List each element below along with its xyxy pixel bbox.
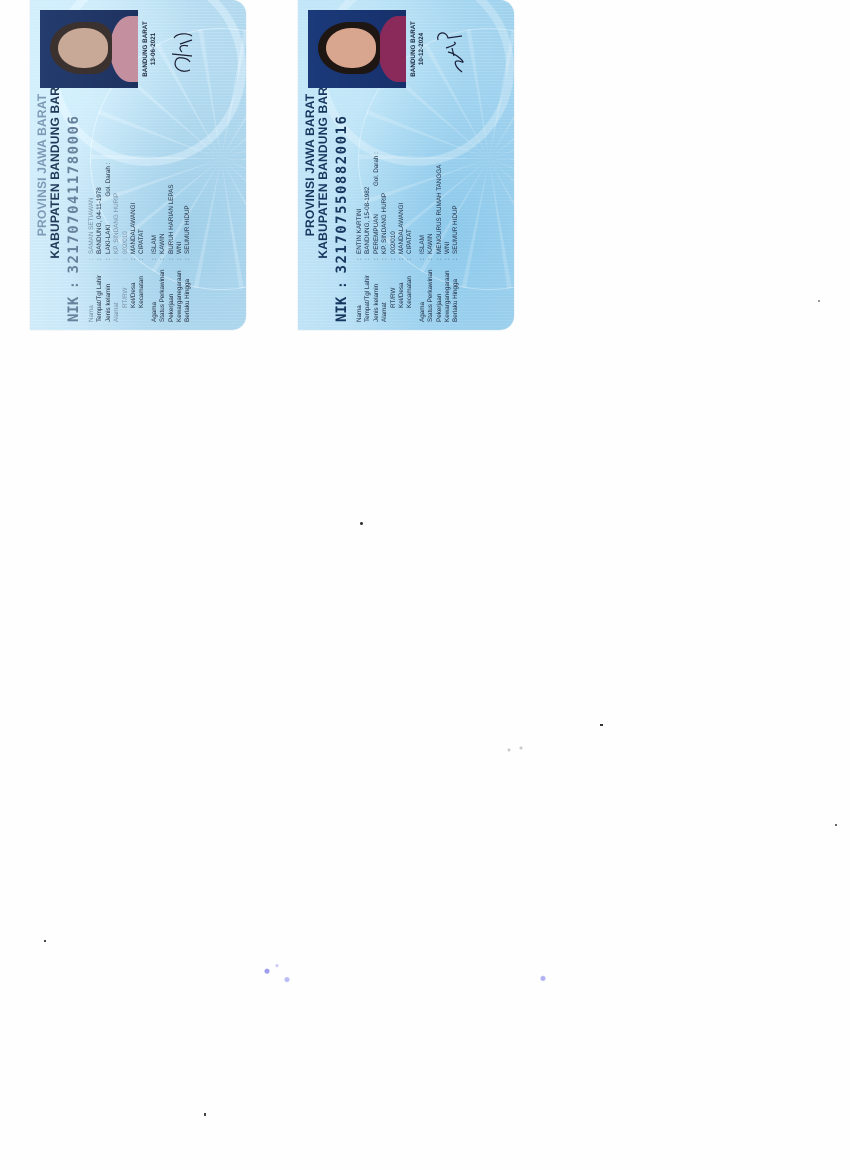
nik-label: NIK: [66, 297, 82, 322]
scan-speck: [44, 940, 46, 942]
field-row: Jenis kelamin:PEREMPUANGol. Darah :: [373, 152, 381, 322]
field-value: BANDUNG, 15-08-1982: [364, 187, 372, 254]
ktp-card-face: PROVINSI JAWA BARAT KABUPATEN BANDUNG BA…: [30, 0, 246, 330]
field-separator: :: [444, 254, 452, 260]
field-value: SEUMUR HIDUP: [184, 205, 192, 254]
field-separator: :: [130, 254, 138, 260]
field-label: Pekerjaan: [436, 260, 444, 322]
field-value: MANDALAWANGI: [398, 203, 406, 254]
signature-icon: [432, 20, 468, 78]
field-separator: :: [381, 254, 389, 260]
field-value: ISLAM: [151, 235, 159, 254]
field-separator: :: [138, 254, 146, 260]
signature-icon: [164, 20, 200, 78]
field-row: Berlaku Hingga:SEUMUR HIDUP: [452, 152, 460, 322]
field-separator: :: [427, 254, 435, 260]
field-separator: :: [419, 254, 427, 260]
scan-speck: [818, 300, 820, 302]
scan-speck: [835, 824, 837, 826]
field-label: Agama: [151, 260, 159, 322]
field-separator: :: [390, 254, 398, 260]
field-row: Kecamatan:CIPATAT: [138, 163, 146, 322]
photo-face: [58, 28, 108, 68]
field-value: KP. SINDANG HURIP: [381, 193, 389, 254]
field-value: 002/010: [390, 231, 398, 254]
field-row: Nama:ENTIN KARTINI: [356, 152, 364, 322]
field-value: WNI: [176, 242, 184, 254]
nik-value: 3217075508820016: [334, 115, 350, 274]
field-value: KAWIN: [427, 234, 435, 254]
field-value: WNI: [444, 242, 452, 254]
field-label: RT/RW: [390, 260, 398, 322]
field-separator: :: [452, 254, 460, 260]
field-label: Nama: [356, 260, 364, 322]
field-label: Nama: [88, 260, 96, 322]
field-label: Kel/Desa: [398, 260, 406, 322]
field-label: Agama: [419, 260, 427, 322]
field-label: Alamat: [381, 260, 389, 322]
field-row: Kewarganegaraan:WNI: [176, 163, 184, 322]
field-separator: :: [398, 254, 406, 260]
field-value: ENTIN KARTINI: [356, 209, 364, 254]
field-label: Kecamatan: [406, 260, 414, 322]
field-separator: :: [176, 254, 184, 260]
nik-colon: :: [335, 281, 349, 288]
field-row: Status Perkawinan:KAWIN: [159, 163, 167, 322]
field-label: Jenis kelamin: [373, 260, 381, 322]
field-separator: :: [373, 254, 381, 260]
nik-row: NIK : 3217075508820016: [334, 115, 350, 322]
field-label: Tempat/Tgl Lahir: [364, 260, 372, 322]
field-row: Alamat:KP. SINDANG HURIP: [113, 163, 121, 322]
field-separator: :: [364, 254, 372, 260]
holder-photo: [308, 10, 406, 88]
field-label: Pekerjaan: [168, 260, 176, 322]
issue-block: BANDUNG BARAT 10-12-2024: [410, 10, 426, 88]
field-row: Tempat/Tgl Lahir:BANDUNG, 04-11-1978: [96, 163, 104, 322]
scan-speck-cluster: [535, 972, 551, 988]
photo-shoulders: [110, 16, 138, 82]
field-value: BANDUNG, 04-11-1978: [96, 187, 104, 254]
nik-row: NIK : 3217070411780006: [66, 115, 82, 322]
field-separator: :: [436, 254, 444, 260]
field-separator: :: [406, 254, 414, 260]
scan-speck: [360, 522, 363, 525]
scan-speck: [600, 724, 603, 726]
field-separator: :: [113, 254, 121, 260]
field-row: Agama:ISLAM: [151, 163, 159, 322]
field-row: Tempat/Tgl Lahir:BANDUNG, 15-08-1982: [364, 152, 372, 322]
nik-label: NIK: [334, 297, 350, 322]
field-value: MENGURUS RUMAH TANGGA: [436, 165, 444, 254]
field-separator: :: [96, 254, 104, 260]
field-label: Berlaku Hingga: [452, 260, 460, 322]
field-row: Kecamatan:CIPATAT: [406, 152, 414, 322]
issue-place: BANDUNG BARAT: [142, 10, 150, 88]
photo-face: [326, 28, 376, 68]
issue-date: 13-06-2021: [150, 10, 158, 88]
field-separator: :: [356, 254, 364, 260]
field-value: SEUMUR HIDUP: [452, 205, 460, 254]
nik-value: 3217070411780006: [66, 115, 82, 274]
field-label: Tempat/Tgl Lahir: [96, 260, 104, 322]
scan-speck-cluster: [500, 740, 530, 760]
field-list: Nama:SAMAN SETIAWANTempat/Tgl Lahir:BAND…: [88, 163, 193, 322]
field-value: PEREMPUAN: [373, 214, 381, 254]
field-separator: :: [105, 254, 113, 260]
field-label: Kewarganegaraan: [176, 260, 184, 322]
field-separator: :: [122, 254, 130, 260]
field-row: Alamat:KP. SINDANG HURIP: [381, 152, 389, 322]
field-separator: :: [159, 254, 167, 260]
field-label: Berlaku Hingga: [184, 260, 192, 322]
field-row: Kewarganegaraan:WNI: [444, 152, 452, 322]
ktp-card-2: PROVINSI JAWA BARAT KABUPATEN BANDUNG BA…: [298, 0, 514, 330]
issue-place: BANDUNG BARAT: [410, 10, 418, 88]
field-row: Kel/Desa:MANDALAWANGI: [130, 163, 138, 322]
field-value: ISLAM: [419, 235, 427, 254]
field-value: SAMAN SETIAWAN: [88, 197, 96, 254]
field-row: Jenis kelamin:LAKI-LAKIGol. Darah :: [105, 163, 113, 322]
scan-speck-cluster: [252, 960, 302, 988]
field-value: CIPATAT: [138, 229, 146, 254]
field-label: Kecamatan: [138, 260, 146, 322]
field-row: Berlaku Hingga:SEUMUR HIDUP: [184, 163, 192, 322]
field-value: 002/010: [122, 231, 130, 254]
field-value: BURUH HARIAN LEPAS: [168, 184, 176, 254]
field-value: LAKI-LAKI: [105, 225, 113, 254]
field-label: Status Perkawinan: [159, 260, 167, 322]
field-separator: :: [168, 254, 176, 260]
field-row: Status Perkawinan:KAWIN: [427, 152, 435, 322]
field-separator: :: [184, 254, 192, 260]
field-row: Agama:ISLAM: [419, 152, 427, 322]
field-list: Nama:ENTIN KARTINITempat/Tgl Lahir:BANDU…: [356, 152, 461, 322]
field-separator: :: [88, 254, 96, 260]
issue-block: BANDUNG BARAT 13-06-2021: [142, 10, 158, 88]
field-label: Jenis kelamin: [105, 260, 113, 322]
field-separator: :: [151, 254, 159, 260]
ktp-card-1: PROVINSI JAWA BARAT KABUPATEN BANDUNG BA…: [30, 0, 246, 330]
ktp-card-face: PROVINSI JAWA BARAT KABUPATEN BANDUNG BA…: [298, 0, 514, 330]
field-row: RT/RW:002/010: [122, 163, 130, 322]
field-label: Alamat: [113, 260, 121, 322]
holder-photo: [40, 10, 138, 88]
field-label: Status Perkawinan: [427, 260, 435, 322]
field-value: CIPATAT: [406, 229, 414, 254]
blood-type-label: Gol. Darah :: [105, 163, 113, 197]
blood-type-label: Gol. Darah :: [373, 152, 381, 186]
photo-shoulders: [378, 16, 406, 82]
field-value: KAWIN: [159, 234, 167, 254]
scan-speck: [204, 1113, 206, 1116]
field-row: Nama:SAMAN SETIAWAN: [88, 163, 96, 322]
field-label: Kel/Desa: [130, 260, 138, 322]
issue-date: 10-12-2024: [418, 10, 426, 88]
field-row: Pekerjaan:MENGURUS RUMAH TANGGA: [436, 152, 444, 322]
field-row: Kel/Desa:MANDALAWANGI: [398, 152, 406, 322]
nik-colon: :: [67, 281, 81, 288]
field-value: KP. SINDANG HURIP: [113, 193, 121, 254]
field-value: MANDALAWANGI: [130, 203, 138, 254]
field-label: Kewarganegaraan: [444, 260, 452, 322]
field-row: Pekerjaan:BURUH HARIAN LEPAS: [168, 163, 176, 322]
field-row: RT/RW:002/010: [390, 152, 398, 322]
field-label: RT/RW: [122, 260, 130, 322]
